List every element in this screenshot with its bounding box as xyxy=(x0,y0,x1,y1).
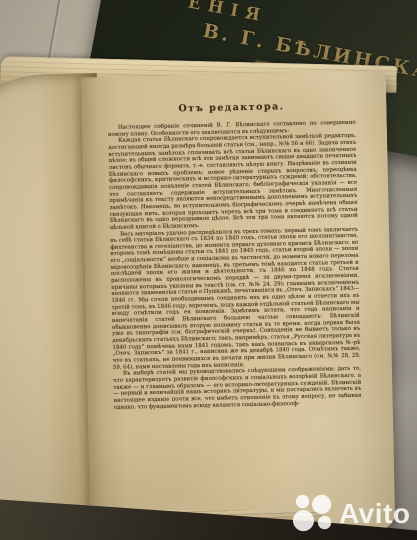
paragraph-volumes: Весь матеріалъ удачно распредѣлился въ т… xyxy=(110,226,361,371)
right-page: Отъ редактора. Настоящее собраніе сочине… xyxy=(81,71,396,535)
open-book: Отъ редактора. Настоящее собраніе сочине… xyxy=(0,21,417,535)
avito-watermark: Avito xyxy=(292,491,410,533)
page-heading: Отъ редактора. xyxy=(107,100,355,116)
avito-logo-icon xyxy=(292,491,336,533)
text-column: Отъ редактора. Настоящее собраніе сочине… xyxy=(107,100,361,411)
paragraph-selection: Въ выборѣ статей мы руководствовались сл… xyxy=(113,366,362,411)
avito-watermark-label: Avito xyxy=(339,500,410,528)
book-listing-photo: ЕНІЯ В. Г. БѢЛИНСКАГО Отъ редактора. Нас… xyxy=(0,0,417,540)
paragraph-notes: Каждая статья Бѣлинскаго сопровождается … xyxy=(108,133,358,231)
cover-title-fragment: ЕНІЯ xyxy=(186,0,268,27)
